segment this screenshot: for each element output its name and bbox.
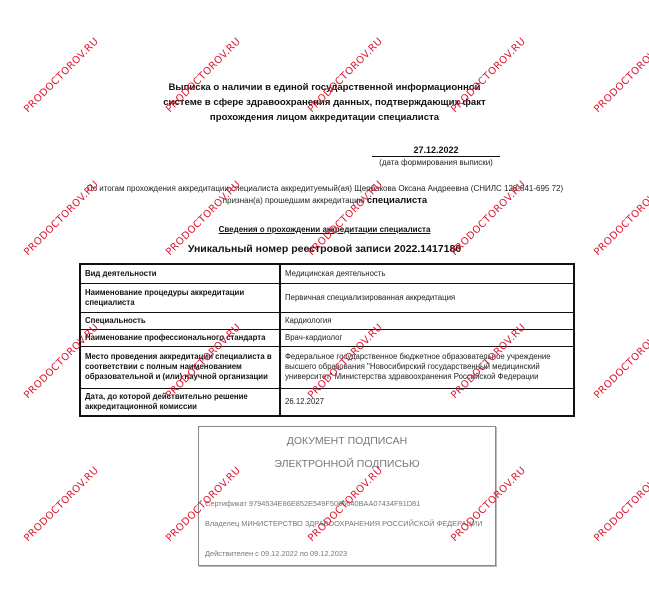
table-row: Наименование процедуры аккредитации спец… (80, 283, 574, 312)
extract-date: 27.12.2022 (372, 144, 500, 157)
table-row: Наименование профессионального стандарта… (80, 329, 574, 346)
row-value: 26.12.2027 (280, 388, 574, 416)
extract-date-block: 27.12.2022 (дата формирования выписки) (372, 144, 500, 169)
stamp-owner: Владелец МИНИСТЕРСТВО ЗДРАВООХРАНЕНИЯ РО… (205, 519, 490, 529)
stamp-title-line-2: ЭЛЕКТРОННОЙ ПОДПИСЬЮ (199, 458, 495, 470)
registry-number: Уникальный номер реестровой записи 2022.… (0, 243, 649, 255)
row-label: Наименование процедуры аккредитации спец… (80, 283, 280, 312)
title-line-1: Выписка о наличии в единой государственн… (0, 80, 649, 95)
stamp-title-line-1: ДОКУМЕНТ ПОДПИСАН (199, 435, 495, 447)
stamp-certificate: Сертификат 9794534E86E852E549F5066640BAA… (205, 499, 420, 508)
row-label: Наименование профессионального стандарта (80, 329, 280, 346)
row-value: Первичная специализированная аккредитаци… (280, 283, 574, 312)
title-line-2: системе в сфере здравоохранения данных, … (0, 95, 649, 110)
statement-line-1: По итогам прохождения аккредитации специ… (60, 183, 590, 195)
section-heading: Сведения о прохождении аккредитации спец… (0, 225, 649, 234)
table-row: Вид деятельности Медицинская деятельност… (80, 264, 574, 283)
row-label: Место проведения аккредитации специалист… (80, 346, 280, 388)
statement-bold-word: специалиста (367, 195, 427, 206)
watermark: PRODOCTOROV.RU (592, 322, 649, 401)
electronic-signature-stamp: ДОКУМЕНТ ПОДПИСАН ЭЛЕКТРОННОЙ ПОДПИСЬЮ С… (198, 426, 496, 566)
row-value: Медицинская деятельность (280, 264, 574, 283)
watermark: PRODOCTOROV.RU (22, 465, 101, 544)
document-title: Выписка о наличии в единой государственн… (0, 80, 649, 125)
extract-date-caption: (дата формирования выписки) (372, 157, 500, 169)
row-label: Дата, до которой действительно решение а… (80, 388, 280, 416)
title-line-3: прохождения лицом аккредитации специалис… (0, 110, 649, 125)
statement-line-2: признан(а) прошедшим аккредитацию специа… (60, 195, 590, 207)
table-row: Место проведения аккредитации специалист… (80, 346, 574, 388)
watermark: PRODOCTOROV.RU (592, 465, 649, 544)
statement-prefix: признан(а) прошедшим аккредитацию (223, 196, 365, 205)
accreditation-statement: По итогам прохождения аккредитации специ… (60, 183, 590, 207)
table-row: Специальность Кардиология (80, 312, 574, 329)
accreditation-info-table: Вид деятельности Медицинская деятельност… (79, 263, 575, 417)
row-value: Кардиология (280, 312, 574, 329)
row-value: Федеральное государственное бюджетное об… (280, 346, 574, 388)
stamp-validity: Действителен с 09.12.2022 по 09.12.2023 (205, 549, 347, 558)
table-row: Дата, до которой действительно решение а… (80, 388, 574, 416)
row-value: Врач-кардиолог (280, 329, 574, 346)
row-label: Вид деятельности (80, 264, 280, 283)
row-label: Специальность (80, 312, 280, 329)
